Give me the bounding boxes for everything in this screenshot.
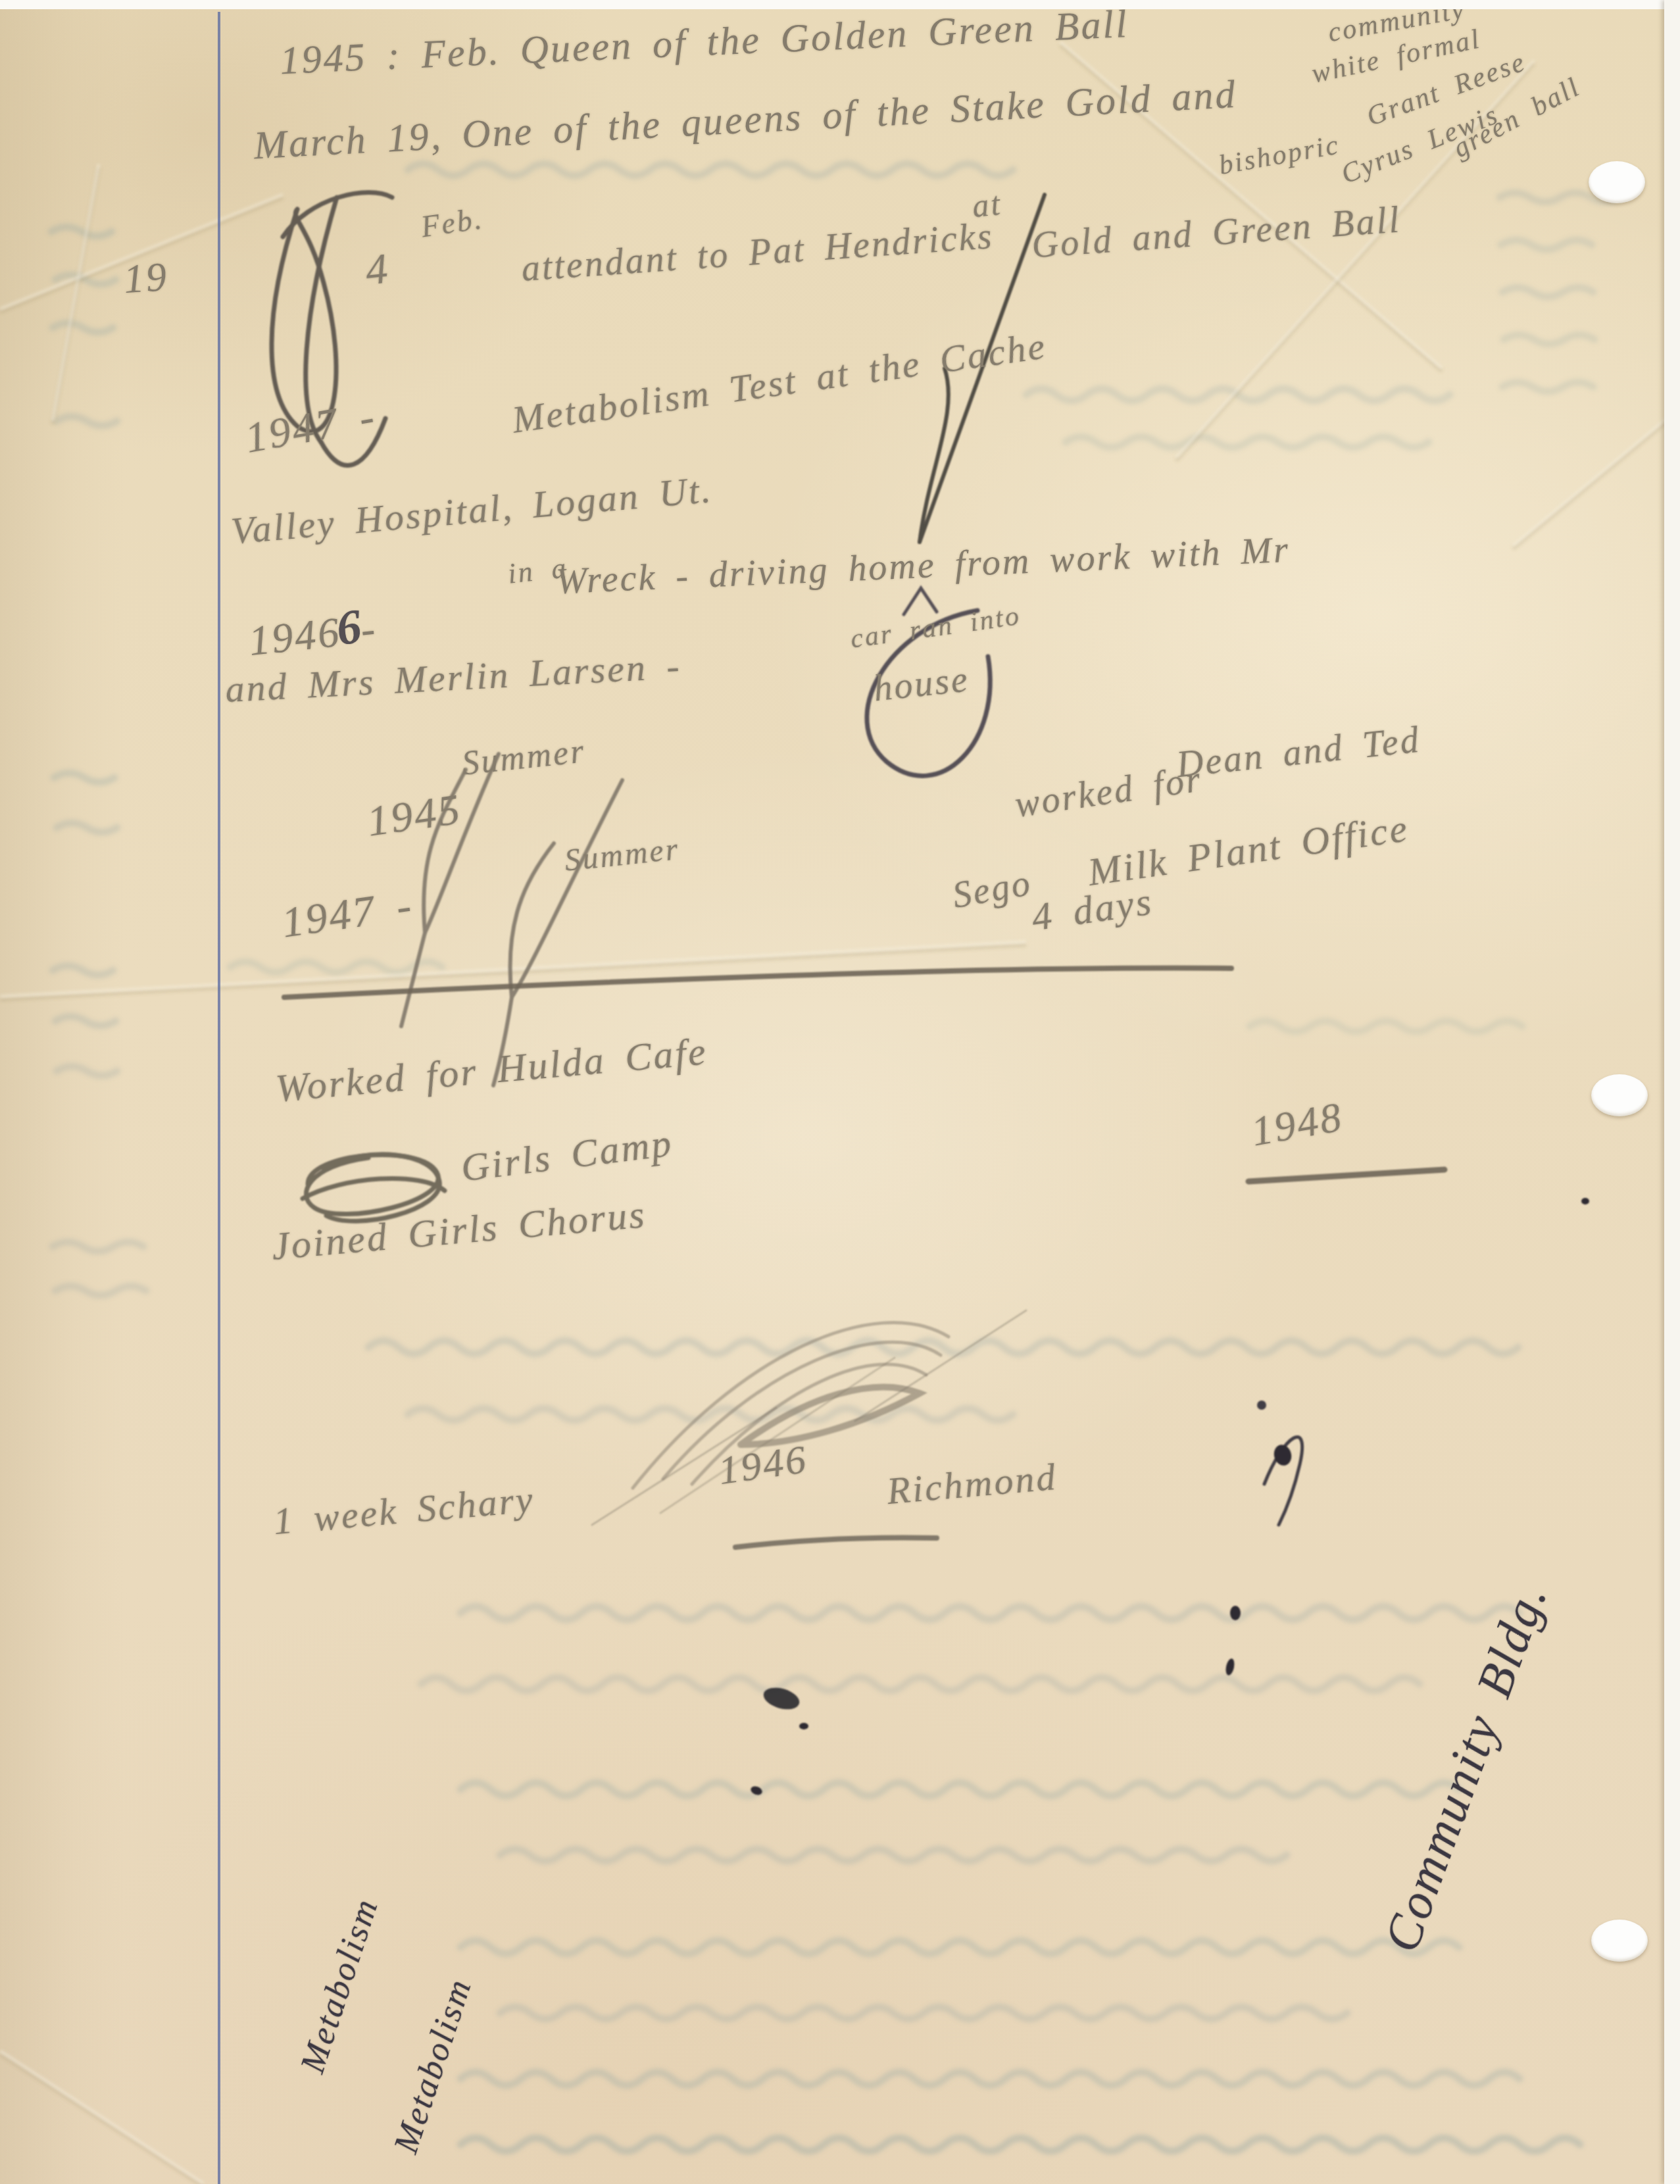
bleed-through-ghost-writing: [51, 164, 1621, 2151]
underline-1946-schary: [735, 1538, 937, 1547]
year-1944-prefix: 19: [122, 254, 170, 304]
pencil-rule-line: [284, 968, 1231, 997]
punch-hole-bottom: [1591, 1920, 1648, 1962]
punch-hole-top: [1589, 161, 1645, 203]
notebook-margin-line: [218, 12, 220, 2184]
underline-1948: [1248, 1170, 1445, 1181]
word-at: at: [970, 184, 1004, 225]
journal-page: 1945 : Feb. Queen of the Golden Green Ba…: [0, 0, 1680, 2184]
punch-hole-middle: [1591, 1074, 1648, 1116]
scan-edge-top: [0, 0, 1680, 9]
scan-edge-right: [1664, 0, 1680, 2184]
